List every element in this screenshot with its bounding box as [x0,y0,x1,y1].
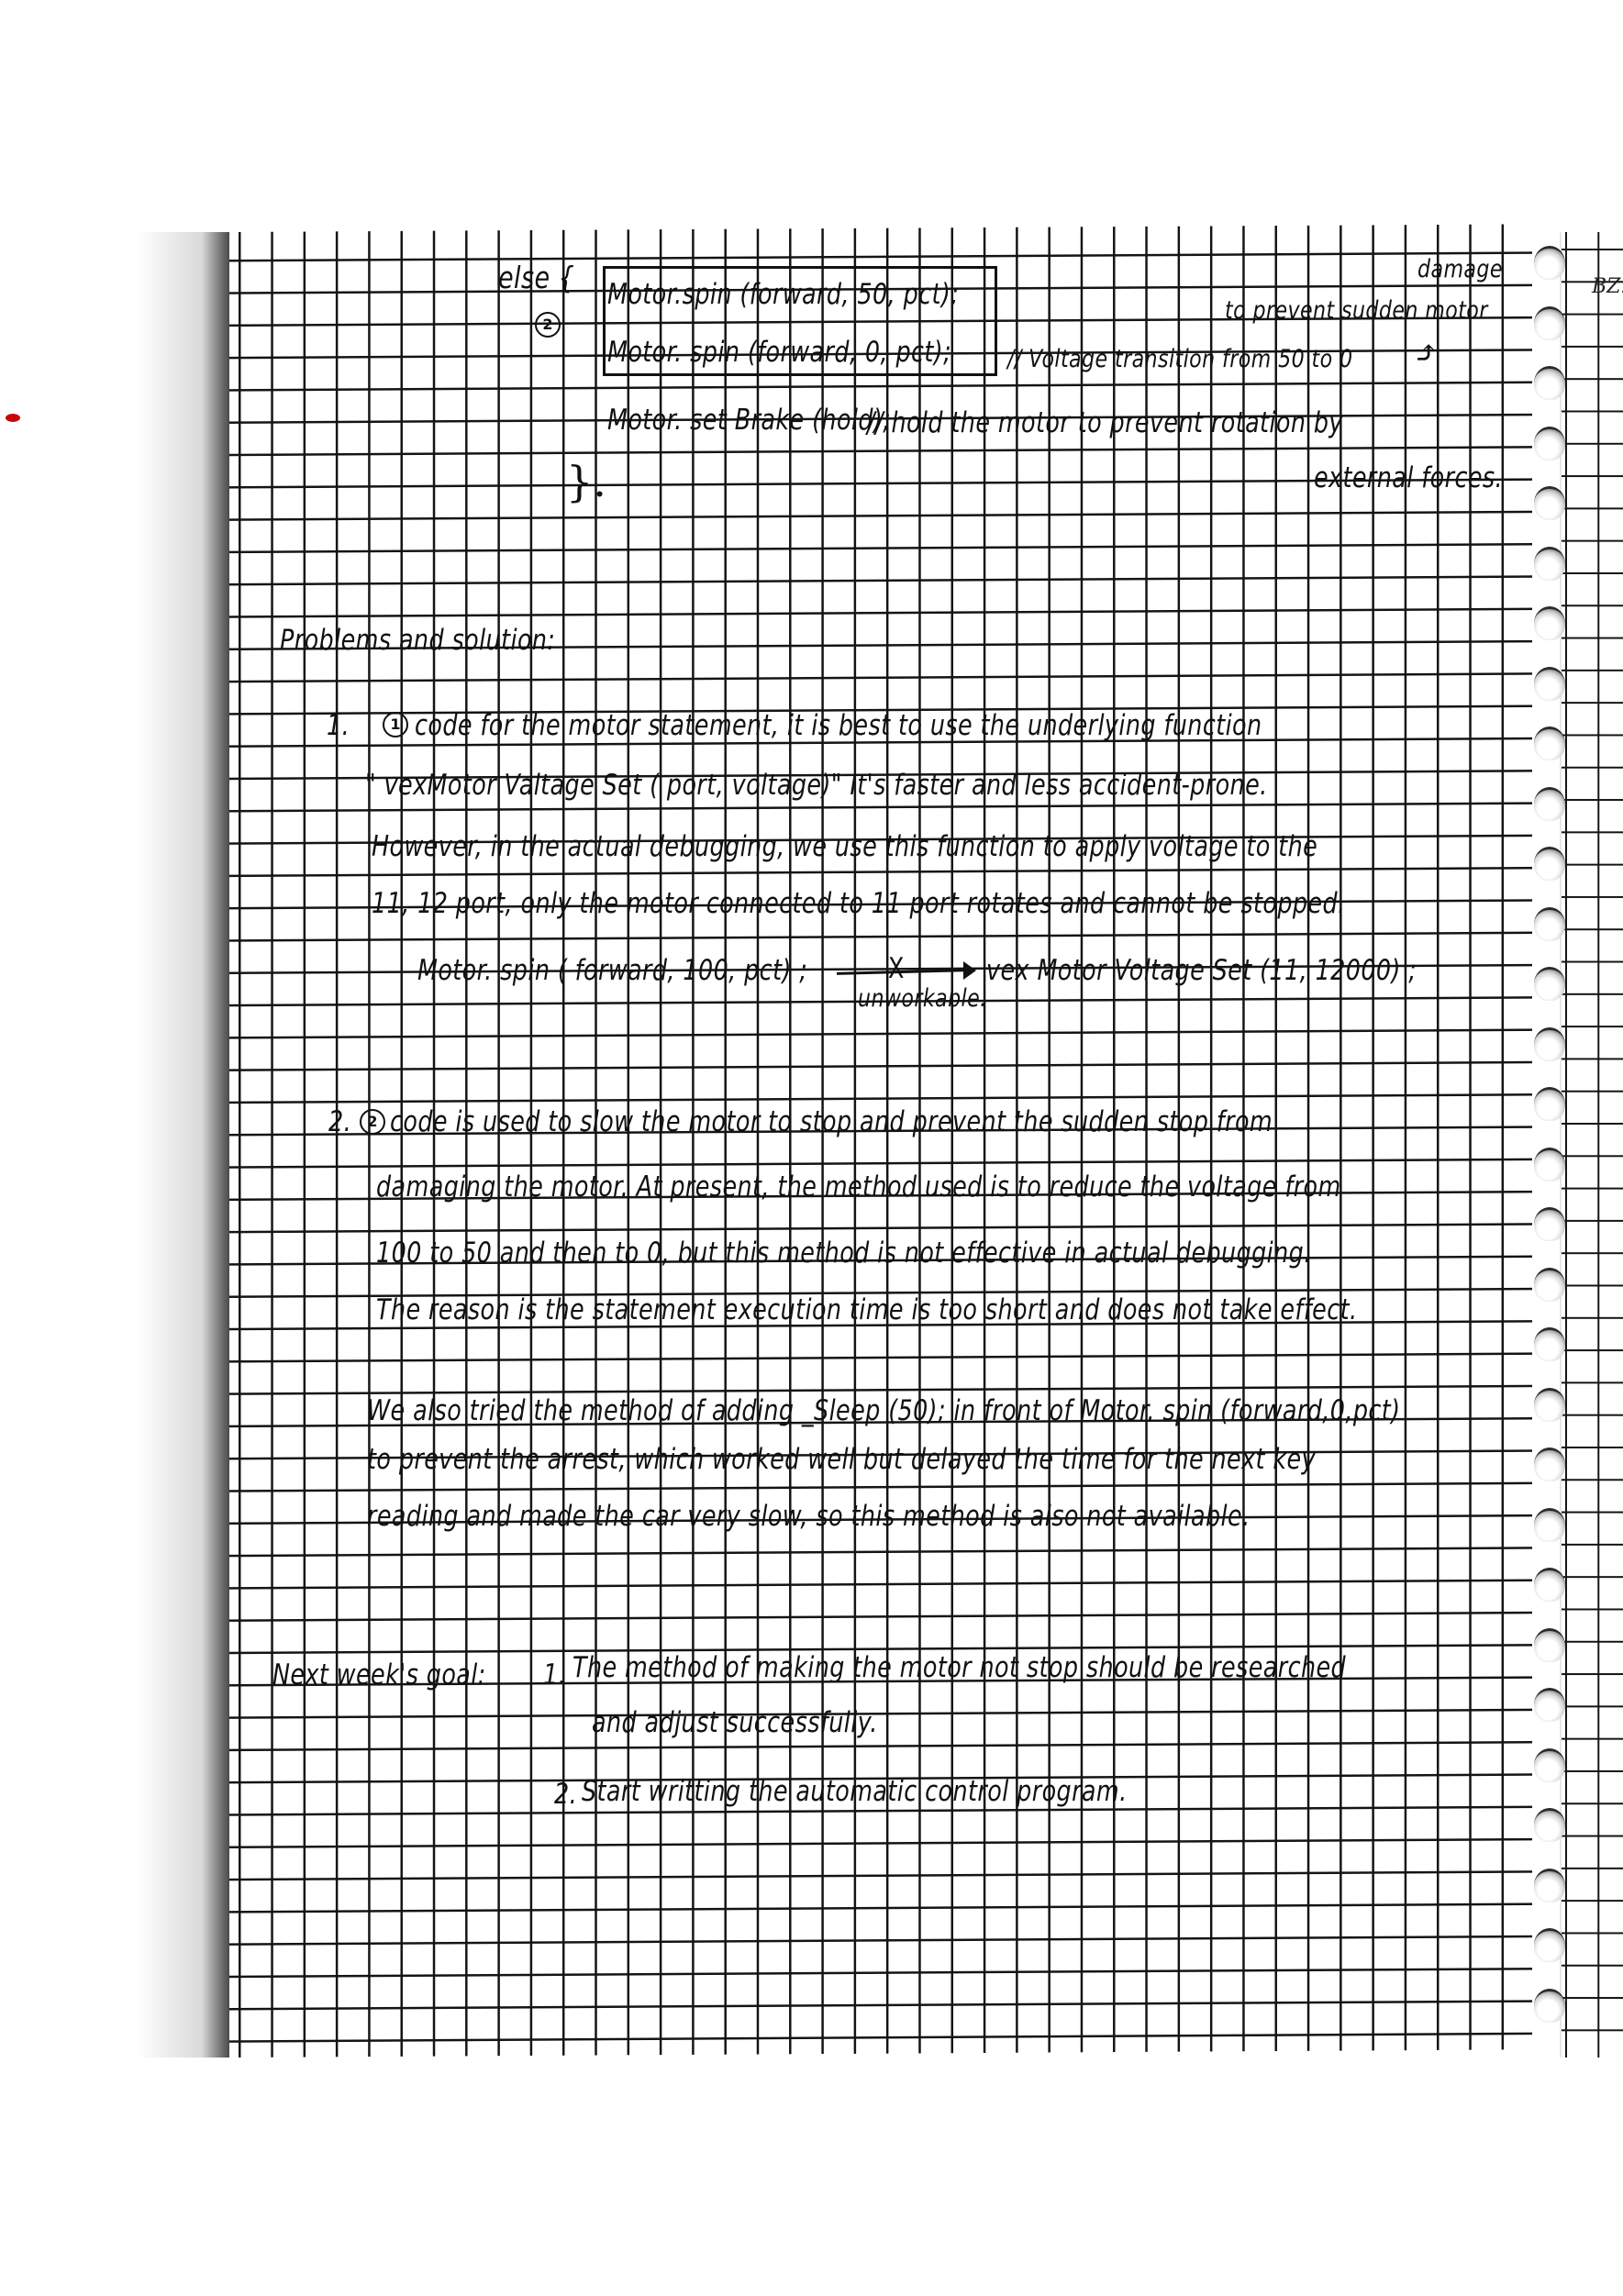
problem-1-line-3: However, in the actual debugging, we use… [372,830,1317,863]
goal-1-number: 1. [543,1658,566,1691]
spiral-hole [1534,727,1565,760]
spiral-hole [1534,1148,1565,1181]
goal-1-line-1: The method of making the motor not stop … [572,1651,1346,1684]
spiral-hole [1534,1027,1565,1061]
spiral-hole [1534,1688,1565,1722]
else-keyword: else { [498,260,574,295]
problems-heading: Problems and solution: [280,624,555,657]
spiral-hole [1534,547,1565,581]
problem-2-line-4: The reason is the statement execution ti… [376,1293,1357,1326]
spiral-hole [1534,306,1565,340]
problem-2-number: 2. [328,1105,351,1138]
spiral-hole [1534,606,1565,640]
code-line-3: Motor. set Brake (hold); [607,404,891,437]
diagram-cross-icon: X [888,952,905,985]
spiral-hole [1534,427,1565,460]
spiral-hole [1534,1568,1565,1602]
spiral-hole [1534,1447,1565,1481]
spiral-hole [1534,967,1565,1001]
spiral-hole [1534,1327,1565,1361]
goal-1-line-2: and adjust successfully. [592,1706,878,1739]
code-line-1: Motor.spin (forward, 50, pct); [607,278,959,311]
problem-2-line-3: 100 to 50 and then to 0, but this method… [376,1237,1312,1270]
circled-marker-1: 1 [383,712,408,738]
spiral-hole [1534,1928,1565,1962]
spiral-hole [1534,1628,1565,1662]
arrow-head-icon [963,961,976,980]
next-page-fragment: ΒΖ: [1592,275,1623,298]
problem-1-number: 1. [327,709,350,742]
code-line-2: Motor. spin (forward, 0, pct); [607,336,951,369]
problem-1-line-4: 11, 12 port, only the motor connected to… [372,887,1346,920]
closing-brace: }. [566,457,606,506]
spiral-hole [1534,486,1565,520]
spiral-hole [1534,847,1565,881]
spiral-hole [1534,1508,1565,1542]
diagram-right-code: vex Motor Voltage Set (11, 12000) ; [986,954,1417,987]
annotation-arrow-icon: ⤴ [1413,335,1440,372]
desk-shadow [138,232,229,2058]
annotation-damage: damage [1417,255,1503,283]
problem-2-followup-1: We also tried the method of adding _Slee… [367,1394,1400,1427]
spiral-hole [1534,667,1565,701]
spiral-hole [1534,246,1565,280]
spiral-hole [1534,907,1565,941]
spiral-hole [1534,1869,1565,1902]
spiral-hole [1534,787,1565,821]
spiral-hole [1534,1748,1565,1782]
annotation-prevent: to prevent sudden motor [1225,296,1488,325]
goals-heading: Next week's goal: [272,1658,486,1691]
comment-hold: // hold the motor to prevent rotation by [867,406,1343,439]
problem-1-line-2: " vexMotor Valtage Set ( port, voltage)"… [365,769,1268,802]
circled-marker-2b: 2 [360,1109,385,1135]
red-margin-mark [6,414,20,422]
problem-2-line-2: damaging the motor. At present, the meth… [376,1170,1341,1203]
spiral-hole [1534,1207,1565,1241]
goal-2-line-1: Start writting the automatic control pro… [582,1775,1128,1808]
comment-hold-cont: external forces. [1314,461,1503,494]
next-page-edge [1560,232,1623,2058]
circled-marker-2: 2 [535,312,561,338]
problem-2-line-1: code is used to slow the motor to stop a… [390,1105,1273,1138]
spiral-hole [1534,1087,1565,1121]
goal-2-number: 2. [554,1778,577,1811]
problem-2-followup-3: reading and made the car very slow, so t… [367,1500,1251,1533]
diagram-left-code: Motor. spin ( forward, 100, pct) ; [417,954,807,987]
spiral-hole [1534,1989,1565,2023]
spiral-hole [1534,1268,1565,1302]
spiral-hole [1534,1388,1565,1422]
comment-voltage: // Voltage transition from 50 to 0 [1007,345,1353,373]
problem-1-line-1: code for the motor statement, it is best… [415,709,1262,742]
diagram-unworkable-label: unworkable. [858,984,987,1013]
spiral-hole [1534,1808,1565,1842]
problem-2-followup-2: to prevent the arrest, which worked well… [367,1443,1316,1476]
spiral-hole [1534,366,1565,400]
